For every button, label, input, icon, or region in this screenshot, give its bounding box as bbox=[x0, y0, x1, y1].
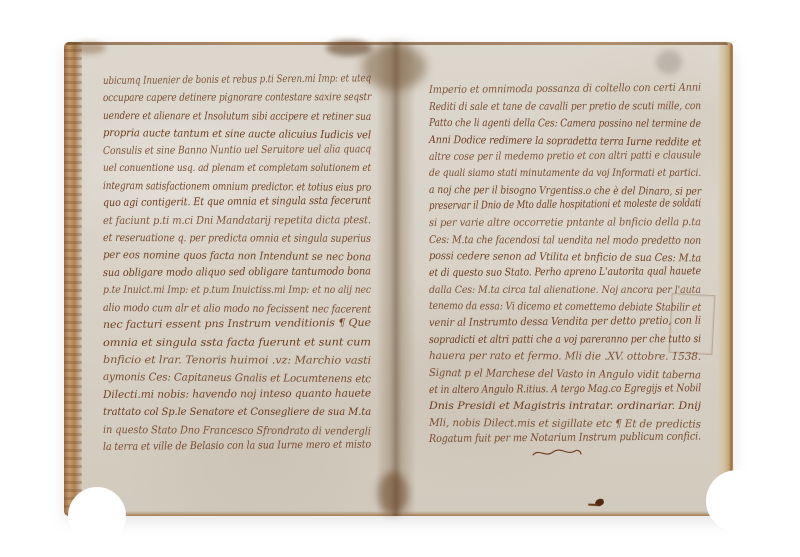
manuscript-line: ubicumq Inuenier de bonis et rebus p.ti … bbox=[103, 75, 371, 92]
manuscript-line: Anni Dodice redimere la sopradetta terra… bbox=[429, 134, 701, 151]
manuscript-line: p.te Inuict.mi Imp: et p.tum Inuictiss.m… bbox=[103, 284, 371, 301]
manuscript-line: dalla Ces: M.ta circa tal alienatione. N… bbox=[429, 284, 701, 301]
manuscript-line: Patto che li agenti della Ces: Camera po… bbox=[429, 117, 701, 134]
manuscript-line: occupare capere detinere pignorare conte… bbox=[103, 92, 371, 109]
manuscript-photo: ubicumq Inuenier de bonis et rebus p.ti … bbox=[0, 0, 800, 557]
manuscript-line: propria aucte tantum et sine aucte alicu… bbox=[103, 127, 371, 144]
notary-flourish bbox=[531, 446, 583, 458]
left-page-text: ubicumq Inuenier de bonis et rebus p.ti … bbox=[103, 75, 371, 459]
manuscript-line: aymonis Ces: Capitaneus Gnalis et Locumt… bbox=[103, 371, 371, 388]
manuscript-line: et faciunt p.ti m.ci Dni Mandatarij repe… bbox=[103, 215, 371, 232]
manuscript-line: Rediti di sale et tane de cavalli per pr… bbox=[429, 101, 701, 118]
manuscript-line: nec facturi essent pns Instrum vendition… bbox=[103, 319, 371, 336]
manuscript-line: bnficio et lrar. Tenoris huimoi .vz: Mar… bbox=[103, 354, 371, 371]
manuscript-line: Consulis et sine Banno Nuntio uel Seruit… bbox=[103, 145, 371, 162]
binding-edge-left bbox=[64, 42, 82, 516]
manuscript-line: trattato col Sp.le Senatore et Conseglie… bbox=[103, 406, 371, 423]
manuscript-line: Dnis Presidi et Magistris intratar. ordi… bbox=[429, 400, 701, 417]
manuscript-line: Imperio et omnimoda possanza di coltello… bbox=[429, 84, 701, 101]
stain bbox=[378, 472, 408, 514]
clipped-corner-bottom-right bbox=[706, 470, 768, 532]
manuscript-line: per eos nomine quos facta non Intendunt … bbox=[103, 249, 371, 266]
manuscript-line: Ces: M.ta che facendosi tal uendita nel … bbox=[429, 234, 701, 251]
manuscript-line: de quali siamo stati minutamente da voj … bbox=[429, 167, 701, 184]
manuscript-line: altre cose per il medemo pretio et con a… bbox=[429, 151, 701, 168]
manuscript-line: preservar il Dnio de Mto dalle hospitati… bbox=[429, 200, 701, 217]
stain bbox=[656, 50, 682, 74]
fore-edge-right bbox=[717, 42, 733, 516]
manuscript-line: la terra et ville de Belasio con la sua … bbox=[103, 441, 371, 458]
manuscript-line: Dilecti.mi nobis: havendo noj inteso qua… bbox=[103, 389, 371, 406]
manuscript-line: et in altero Angulo R.itius. A tergo Mag… bbox=[429, 384, 701, 401]
clipped-corner-bottom-left bbox=[68, 487, 126, 545]
manuscript-line: uel conuentione usq. ad plenam et comple… bbox=[103, 162, 371, 179]
manuscript-line: omnia et singula ssta facta fuerunt et s… bbox=[103, 337, 371, 354]
center-gutter bbox=[376, 42, 416, 516]
manuscript-line: hauera per rato et fermo. Mli die .XV. o… bbox=[429, 350, 701, 367]
stain bbox=[326, 40, 372, 56]
manuscript-line: et reseruatione q. per predicta omnia et… bbox=[103, 232, 371, 249]
manuscript-line: Signat p el Marchese del Vasto in Angulo… bbox=[429, 367, 701, 384]
ink-blot bbox=[594, 498, 605, 507]
manuscript-line: si per varie altre occorretie pntante al… bbox=[429, 217, 701, 234]
manuscript-line: quo agi contigerit. Et que omnia et sing… bbox=[103, 197, 371, 214]
manuscript-line: sopradicti et altri patti che a voj pare… bbox=[429, 334, 701, 351]
manuscript-line: sua obligare modo aliquo sed obligare ta… bbox=[103, 267, 371, 284]
right-page-text: Imperio et omnimoda possanza di coltello… bbox=[429, 84, 701, 450]
manuscript-line: et di questo suo Stato. Perho apreno L'a… bbox=[429, 267, 701, 284]
stain bbox=[362, 44, 426, 90]
manuscript-line: uendere et alienare et Insolutum sibi ac… bbox=[103, 110, 371, 127]
manuscript-line: venir al Instrumto dessa Vendita per det… bbox=[429, 317, 701, 334]
stain bbox=[72, 42, 106, 54]
